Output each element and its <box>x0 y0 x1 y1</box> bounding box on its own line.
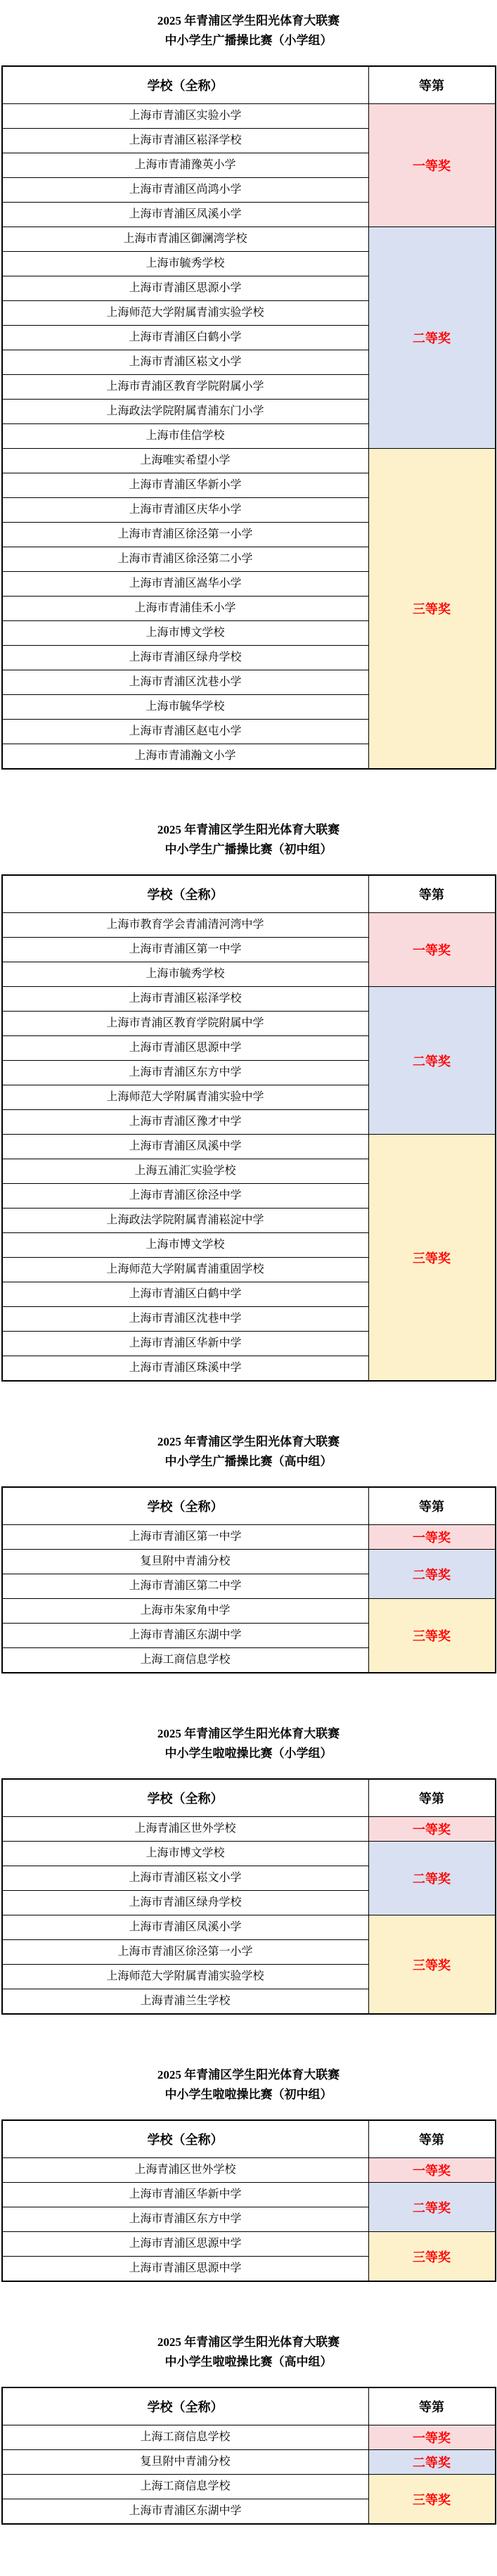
section-title-line2: 中小学生啦啦操比赛（高中组） <box>0 2352 497 2372</box>
rank-column-header: 等第 <box>368 1779 495 1817</box>
school-cell: 上海市青浦区徐泾中学 <box>2 1184 369 1209</box>
rank-cell: 二等奖 <box>368 1550 495 1599</box>
school-cell: 上海市博文学校 <box>2 1233 369 1258</box>
table-row: 上海市博文学校二等奖 <box>2 1842 496 1866</box>
table-header-row: 学校（全称）等第 <box>2 1779 496 1817</box>
table-row: 上海市教育学会青浦清河湾中学一等奖 <box>2 913 496 938</box>
school-cell: 上海市青浦区嵩华小学 <box>2 572 369 597</box>
rank-cell: 三等奖 <box>368 2232 495 2282</box>
results-table: 学校（全称）等第上海市青浦区实验小学一等奖上海市青浦区崧泽学校上海市青浦豫英小学… <box>1 65 496 770</box>
table-row: 上海唯实希望小学三等奖 <box>2 449 496 473</box>
school-cell: 上海工商信息学校 <box>2 1648 369 1673</box>
school-cell: 上海市博文学校 <box>2 1842 369 1866</box>
rank-cell: 三等奖 <box>368 1135 495 1382</box>
school-cell: 上海市青浦区徐泾第二小学 <box>2 547 369 572</box>
school-cell: 上海市青浦区华新小学 <box>2 473 369 498</box>
table-row: 上海市青浦区思源中学三等奖 <box>2 2232 496 2257</box>
school-cell: 上海五浦汇实验学校 <box>2 1159 369 1184</box>
school-cell: 上海市博文学校 <box>2 621 369 646</box>
school-cell: 上海市青浦区崧泽学校 <box>2 129 369 153</box>
school-cell: 上海市青浦区思源中学 <box>2 1036 369 1061</box>
school-column-header: 学校（全称） <box>2 875 369 913</box>
school-cell: 上海工商信息学校 <box>2 2425 369 2450</box>
school-cell: 上海市青浦区第一中学 <box>2 938 369 962</box>
award-section: 2025 年青浦区学生阳光体育大联赛中小学生啦啦操比赛（高中组）学校（全称）等第… <box>0 2333 497 2525</box>
school-cell: 上海师范大学附属青浦实验学校 <box>2 1965 369 1989</box>
school-cell: 上海师范大学附属青浦重固学校 <box>2 1258 369 1282</box>
school-cell: 上海市青浦区东方中学 <box>2 2207 369 2232</box>
school-column-header: 学校（全称） <box>2 66 369 104</box>
school-cell: 上海市青浦区实验小学 <box>2 104 369 129</box>
school-column-header: 学校（全称） <box>2 2387 369 2425</box>
table-row: 上海市朱家角中学三等奖 <box>2 1599 496 1624</box>
school-cell: 上海市教育学会青浦清河湾中学 <box>2 913 369 938</box>
rank-cell: 一等奖 <box>368 1817 495 1842</box>
table-row: 复旦附中青浦分校二等奖 <box>2 1550 496 1574</box>
school-cell: 上海市青浦区沈巷中学 <box>2 1307 369 1332</box>
rank-cell: 三等奖 <box>368 1915 495 2015</box>
section-title-line1: 2025 年青浦区学生阳光体育大联赛 <box>0 2333 497 2352</box>
rank-column-header: 等第 <box>368 875 495 913</box>
school-cell: 上海政法学院附属青浦崧淀中学 <box>2 1209 369 1233</box>
results-table: 学校（全称）等第上海工商信息学校一等奖复旦附中青浦分校二等奖上海工商信息学校三等… <box>1 2387 496 2525</box>
rank-cell: 二等奖 <box>368 2183 495 2232</box>
school-cell: 上海市青浦区华新中学 <box>2 1332 369 1356</box>
school-cell: 上海市青浦区豫才中学 <box>2 1110 369 1135</box>
rank-cell: 二等奖 <box>368 227 495 449</box>
school-cell: 上海市青浦区思源中学 <box>2 2232 369 2257</box>
school-column-header: 学校（全称） <box>2 1779 369 1817</box>
school-cell: 上海市青浦区沈巷小学 <box>2 670 369 695</box>
rank-cell: 二等奖 <box>368 1842 495 1915</box>
award-section: 2025 年青浦区学生阳光体育大联赛中小学生广播操比赛（初中组）学校（全称）等第… <box>0 820 497 1382</box>
rank-column-header: 等第 <box>368 2120 495 2158</box>
school-cell: 上海青浦区世外学校 <box>2 1817 369 1842</box>
school-cell: 上海师范大学附属青浦实验中学 <box>2 1085 369 1110</box>
table-row: 上海工商信息学校一等奖 <box>2 2425 496 2450</box>
rank-cell: 一等奖 <box>368 1525 495 1550</box>
school-cell: 上海工商信息学校 <box>2 2475 369 2499</box>
school-cell: 上海市青浦区思源小学 <box>2 276 369 301</box>
rank-column-header: 等第 <box>368 1487 495 1525</box>
table-header-row: 学校（全称）等第 <box>2 875 496 913</box>
section-title: 2025 年青浦区学生阳光体育大联赛中小学生广播操比赛（小学组） <box>0 11 497 51</box>
school-column-header: 学校（全称） <box>2 1487 369 1525</box>
school-cell: 上海市青浦豫英小学 <box>2 153 369 178</box>
results-table: 学校（全称）等第上海市教育学会青浦清河湾中学一等奖上海市青浦区第一中学上海市毓秀… <box>1 874 496 1382</box>
school-cell: 上海市青浦区东湖中学 <box>2 1624 369 1648</box>
school-cell: 上海市青浦区徐泾第一小学 <box>2 1940 369 1965</box>
section-title: 2025 年青浦区学生阳光体育大联赛中小学生啦啦操比赛（高中组） <box>0 2333 497 2372</box>
section-title-line1: 2025 年青浦区学生阳光体育大联赛 <box>0 1432 497 1452</box>
school-cell: 上海市青浦区凤溪小学 <box>2 1915 369 1940</box>
results-table: 学校（全称）等第上海青浦区世外学校一等奖上海市青浦区华新中学二等奖上海市青浦区东… <box>1 2119 496 2282</box>
award-section: 2025 年青浦区学生阳光体育大联赛中小学生啦啦操比赛（小学组）学校（全称）等第… <box>0 1724 497 2015</box>
rank-cell: 三等奖 <box>368 449 495 770</box>
table-row: 上海市青浦区实验小学一等奖 <box>2 104 496 129</box>
school-cell: 上海市毓秀学校 <box>2 962 369 987</box>
school-cell: 上海市青浦区第二中学 <box>2 1574 369 1599</box>
table-row: 上海市青浦区凤溪小学三等奖 <box>2 1915 496 1940</box>
school-cell: 上海市毓华学校 <box>2 695 369 720</box>
section-title-line2: 中小学生广播操比赛（小学组） <box>0 31 497 51</box>
school-cell: 复旦附中青浦分校 <box>2 1550 369 1574</box>
table-row: 复旦附中青浦分校二等奖 <box>2 2450 496 2475</box>
table-row: 上海青浦区世外学校一等奖 <box>2 2158 496 2183</box>
school-cell: 上海青浦兰生学校 <box>2 1989 369 2015</box>
section-title: 2025 年青浦区学生阳光体育大联赛中小学生啦啦操比赛（小学组） <box>0 1724 497 1764</box>
table-row: 上海市青浦区御澜湾学校二等奖 <box>2 227 496 252</box>
rank-cell: 二等奖 <box>368 987 495 1135</box>
section-title-line1: 2025 年青浦区学生阳光体育大联赛 <box>0 11 497 31</box>
school-cell: 上海市青浦区崧泽学校 <box>2 987 369 1012</box>
rank-cell: 一等奖 <box>368 104 495 227</box>
school-cell: 上海市青浦区凤溪小学 <box>2 203 369 227</box>
school-cell: 上海市青浦区庆华小学 <box>2 498 369 523</box>
section-title-line1: 2025 年青浦区学生阳光体育大联赛 <box>0 2065 497 2085</box>
rank-cell: 一等奖 <box>368 2425 495 2450</box>
school-cell: 上海青浦区世外学校 <box>2 2158 369 2183</box>
section-title-line1: 2025 年青浦区学生阳光体育大联赛 <box>0 1724 497 1744</box>
section-title-line2: 中小学生啦啦操比赛（小学组） <box>0 1744 497 1764</box>
results-table: 学校（全称）等第上海青浦区世外学校一等奖上海市博文学校二等奖上海市青浦区崧文小学… <box>1 1778 496 2015</box>
rank-cell: 三等奖 <box>368 2475 495 2525</box>
section-title-line2: 中小学生广播操比赛（高中组） <box>0 1452 497 1472</box>
table-header-row: 学校（全称）等第 <box>2 66 496 104</box>
section-title: 2025 年青浦区学生阳光体育大联赛中小学生广播操比赛（初中组） <box>0 820 497 860</box>
school-cell: 上海市青浦区御澜湾学校 <box>2 227 369 252</box>
rank-cell: 二等奖 <box>368 2450 495 2475</box>
school-cell: 上海市青浦区第一中学 <box>2 1525 369 1550</box>
section-title-line2: 中小学生啦啦操比赛（初中组） <box>0 2085 497 2105</box>
school-cell: 上海政法学院附属青浦东门小学 <box>2 400 369 424</box>
school-cell: 上海市青浦区白鹤中学 <box>2 1282 369 1307</box>
awards-document: 2025 年青浦区学生阳光体育大联赛中小学生广播操比赛（小学组）学校（全称）等第… <box>0 0 497 2525</box>
table-header-row: 学校（全称）等第 <box>2 2120 496 2158</box>
rank-cell: 三等奖 <box>368 1599 495 1673</box>
school-cell: 上海市青浦区徐泾第一小学 <box>2 523 369 547</box>
school-cell: 上海市青浦区白鹤小学 <box>2 326 369 350</box>
rank-column-header: 等第 <box>368 66 495 104</box>
rank-column-header: 等第 <box>368 2387 495 2425</box>
table-row: 上海工商信息学校三等奖 <box>2 2475 496 2499</box>
school-cell: 上海唯实希望小学 <box>2 449 369 473</box>
school-cell: 上海市青浦区东方中学 <box>2 1061 369 1085</box>
school-cell: 复旦附中青浦分校 <box>2 2450 369 2475</box>
results-table: 学校（全称）等第上海市青浦区第一中学一等奖复旦附中青浦分校二等奖上海市青浦区第二… <box>1 1486 496 1673</box>
section-title-line1: 2025 年青浦区学生阳光体育大联赛 <box>0 820 497 840</box>
school-cell: 上海市毓秀学校 <box>2 252 369 276</box>
school-cell: 上海市青浦区凤溪中学 <box>2 1135 369 1159</box>
table-row: 上海市青浦区凤溪中学三等奖 <box>2 1135 496 1159</box>
school-cell: 上海市青浦区东湖中学 <box>2 2499 369 2525</box>
school-cell: 上海市青浦瀚文小学 <box>2 744 369 770</box>
section-title: 2025 年青浦区学生阳光体育大联赛中小学生啦啦操比赛（初中组） <box>0 2065 497 2105</box>
rank-cell: 一等奖 <box>368 2158 495 2183</box>
school-cell: 上海市佳信学校 <box>2 424 369 449</box>
school-cell: 上海市青浦区赵屯小学 <box>2 720 369 744</box>
section-title-line2: 中小学生广播操比赛（初中组） <box>0 840 497 860</box>
table-header-row: 学校（全称）等第 <box>2 1487 496 1525</box>
table-row: 上海青浦区世外学校一等奖 <box>2 1817 496 1842</box>
school-cell: 上海市青浦区教育学院附属小学 <box>2 375 369 400</box>
school-cell: 上海市青浦佳禾小学 <box>2 597 369 621</box>
school-cell: 上海市青浦区教育学院附属中学 <box>2 1012 369 1036</box>
school-cell: 上海市青浦区绿舟学校 <box>2 646 369 670</box>
table-header-row: 学校（全称）等第 <box>2 2387 496 2425</box>
rank-cell: 一等奖 <box>368 913 495 987</box>
section-title: 2025 年青浦区学生阳光体育大联赛中小学生广播操比赛（高中组） <box>0 1432 497 1472</box>
table-row: 上海市青浦区华新中学二等奖 <box>2 2183 496 2207</box>
school-cell: 上海市青浦区思源中学 <box>2 2257 369 2282</box>
school-cell: 上海师范大学附属青浦实验学校 <box>2 301 369 326</box>
school-column-header: 学校（全称） <box>2 2120 369 2158</box>
school-cell: 上海市青浦区绿舟学校 <box>2 1891 369 1915</box>
award-section: 2025 年青浦区学生阳光体育大联赛中小学生广播操比赛（小学组）学校（全称）等第… <box>0 11 497 770</box>
school-cell: 上海市朱家角中学 <box>2 1599 369 1624</box>
school-cell: 上海市青浦区崧文小学 <box>2 350 369 375</box>
table-row: 上海市青浦区第一中学一等奖 <box>2 1525 496 1550</box>
school-cell: 上海市青浦区华新中学 <box>2 2183 369 2207</box>
school-cell: 上海市青浦区珠溪中学 <box>2 1356 369 1382</box>
school-cell: 上海市青浦区尚鸿小学 <box>2 178 369 203</box>
award-section: 2025 年青浦区学生阳光体育大联赛中小学生啦啦操比赛（初中组）学校（全称）等第… <box>0 2065 497 2282</box>
table-row: 上海市青浦区崧泽学校二等奖 <box>2 987 496 1012</box>
award-section: 2025 年青浦区学生阳光体育大联赛中小学生广播操比赛（高中组）学校（全称）等第… <box>0 1432 497 1673</box>
school-cell: 上海市青浦区崧文小学 <box>2 1866 369 1891</box>
